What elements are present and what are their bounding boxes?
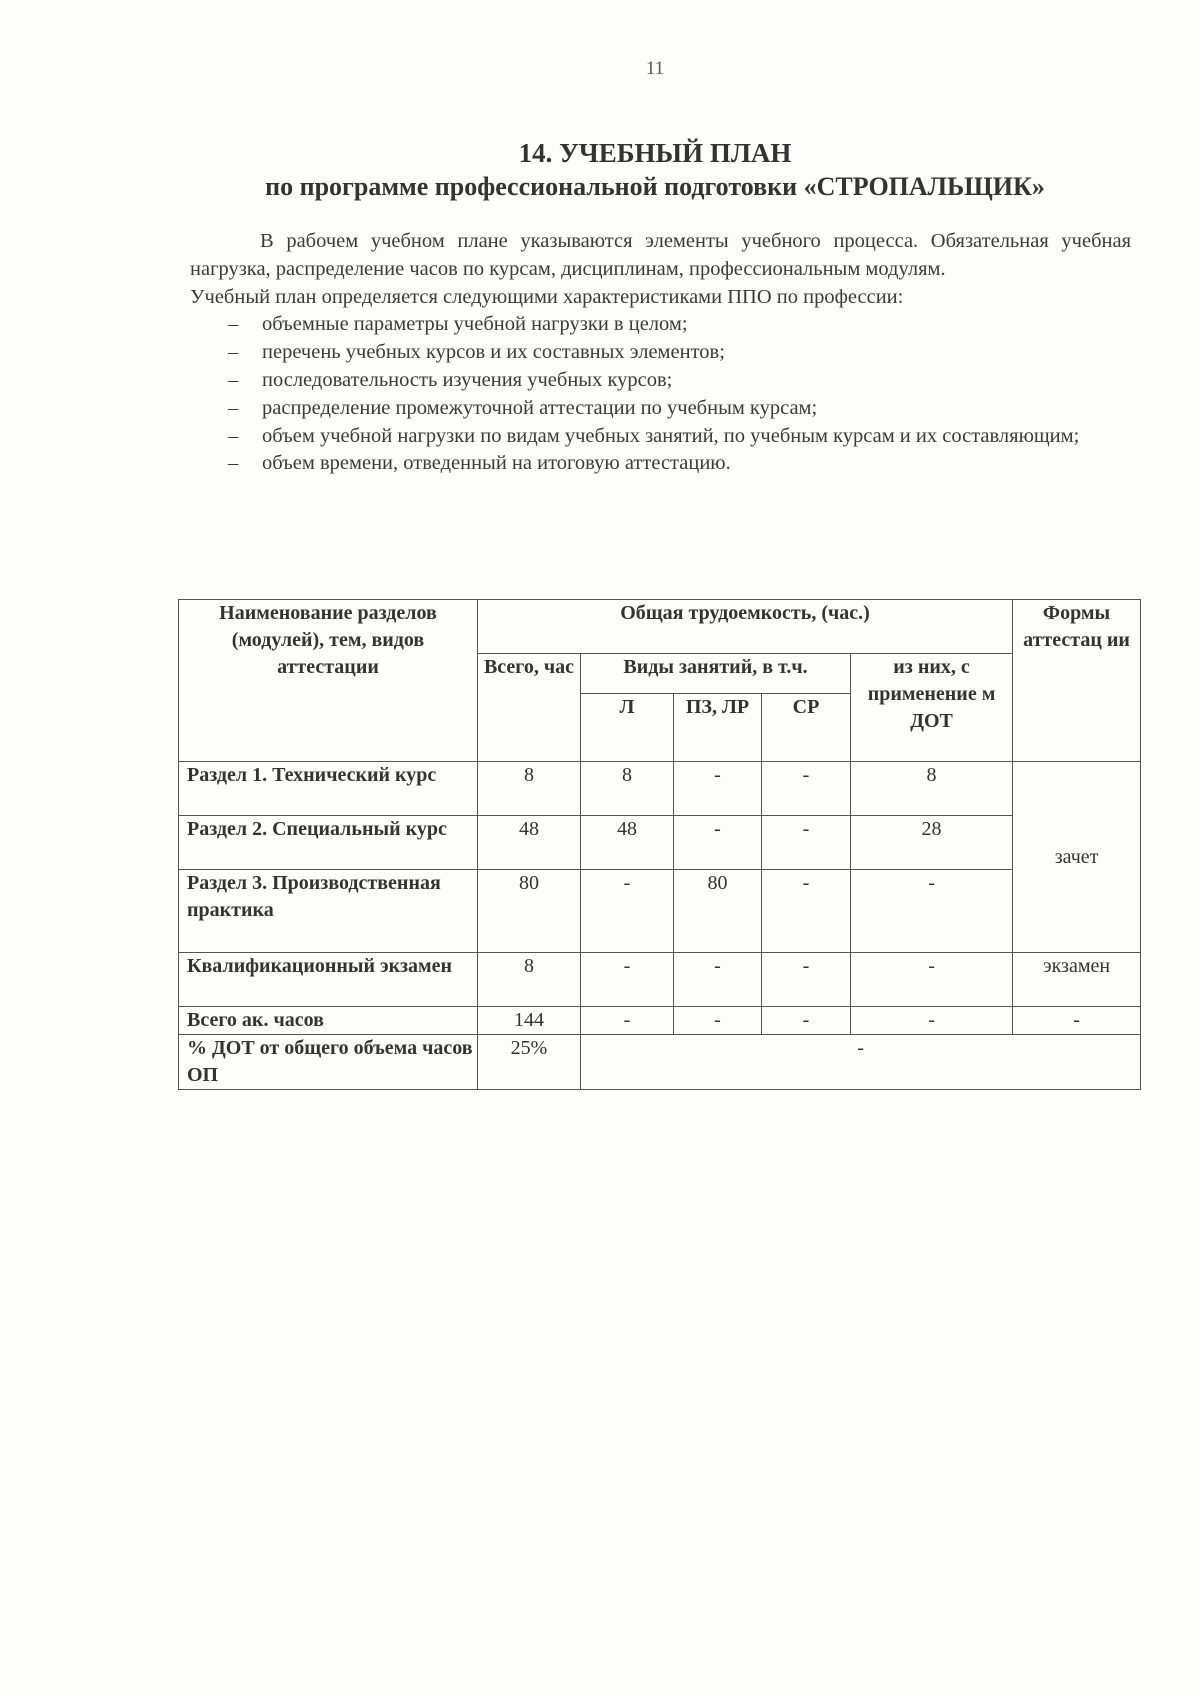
cell-lectures: - — [581, 1007, 674, 1035]
row-name: Всего ак. часов — [179, 1007, 478, 1035]
cell-practice: - — [674, 762, 762, 816]
cell-lectures: - — [581, 870, 674, 953]
curriculum-table: Наименование разделов (модулей), тем, ви… — [178, 599, 1141, 1090]
cell-practice: - — [674, 1007, 762, 1035]
cell-dot: 8 — [851, 762, 1013, 816]
list-item: –перечень учебных курсов и их составных … — [190, 339, 1131, 367]
cell-total: 8 — [478, 953, 581, 1007]
cell-dot: 28 — [851, 816, 1013, 870]
row-name: Раздел 1. Технический курс — [179, 762, 478, 816]
dash-bullet-icon: – — [228, 395, 238, 423]
dash-bullet-icon: – — [228, 311, 238, 339]
row-name: Раздел 2. Специальный курс — [179, 816, 478, 870]
cell-self-work: - — [762, 762, 851, 816]
cell-merged-rest: - — [581, 1035, 1141, 1090]
table-row: % ДОТ от общего объема часов ОП 25% - — [179, 1035, 1141, 1090]
row-name: % ДОТ от общего объема часов ОП — [179, 1035, 478, 1090]
cell-lectures: 48 — [581, 816, 674, 870]
cell-total: 48 — [478, 816, 581, 870]
list-item: –объем времени, отведенный на итоговую а… — [190, 450, 1131, 478]
cell-total: 8 — [478, 762, 581, 816]
table-row: Раздел 1. Технический курс 8 8 - - 8 зач… — [179, 762, 1141, 816]
list-item: –объем учебной нагрузки по видам учебных… — [190, 423, 1131, 451]
cell-dot: - — [851, 870, 1013, 953]
cell-self-work: - — [762, 953, 851, 1007]
cell-form: экзамен — [1013, 953, 1141, 1007]
table-row: Всего ак. часов 144 - - - - - — [179, 1007, 1141, 1035]
cell-practice: - — [674, 953, 762, 1007]
intro-paragraph: В рабочем учебном плане указываются элем… — [190, 228, 1131, 284]
table-row: Раздел 2. Специальный курс 48 48 - - 28 — [179, 816, 1141, 870]
header-total-hours: Всего, час — [478, 654, 581, 762]
header-dot: из них, с применение м ДОТ — [851, 654, 1013, 762]
header-activity-types: Виды занятий, в т.ч. — [581, 654, 851, 694]
cell-total: 80 — [478, 870, 581, 953]
header-total-workload: Общая трудоемкость, (час.) — [478, 600, 1013, 654]
cell-practice: - — [674, 816, 762, 870]
row-name: Квалификационный экзамен — [179, 953, 478, 1007]
dash-bullet-icon: – — [228, 423, 238, 451]
cell-dot: - — [851, 1007, 1013, 1035]
page-title: 14. УЧЕБНЫЙ ПЛАН — [0, 137, 1200, 170]
cell-total: 144 — [478, 1007, 581, 1035]
table-row: Раздел 3. Производственная практика 80 -… — [179, 870, 1141, 953]
dash-bullet-icon: – — [228, 367, 238, 395]
cell-self-work: - — [762, 870, 851, 953]
cell-lectures: - — [581, 953, 674, 1007]
dash-bullet-icon: – — [228, 450, 238, 478]
cell-form-credit: зачет — [1013, 762, 1141, 953]
cell-practice: 80 — [674, 870, 762, 953]
cell-self-work: - — [762, 816, 851, 870]
characteristics-list: –объемные параметры учебной нагрузки в ц… — [190, 311, 1131, 478]
header-practice: ПЗ, ЛР — [674, 694, 762, 762]
list-item: –объемные параметры учебной нагрузки в ц… — [190, 311, 1131, 339]
list-item: –распределение промежуточной аттестации … — [190, 395, 1131, 423]
cell-self-work: - — [762, 1007, 851, 1035]
table-header-row: Наименование разделов (модулей), тем, ви… — [179, 600, 1141, 654]
cell-dot: - — [851, 953, 1013, 1007]
dash-bullet-icon: – — [228, 339, 238, 367]
cell-form: - — [1013, 1007, 1141, 1035]
list-item: –последовательность изучения учебных кур… — [190, 367, 1131, 395]
header-name: Наименование разделов (модулей), тем, ви… — [179, 600, 478, 762]
cell-lectures: 8 — [581, 762, 674, 816]
header-attestation-forms: Формы аттестац ии — [1013, 600, 1141, 762]
intro-lead: Учебный план определяется следующими хар… — [190, 284, 1131, 312]
header-lectures: Л — [581, 694, 674, 762]
header-self-work: СР — [762, 694, 851, 762]
page-subtitle: по программе профессиональной подготовки… — [0, 170, 1200, 203]
page-number: 11 — [0, 58, 1200, 80]
intro-text: В рабочем учебном плане указываются элем… — [190, 228, 1131, 478]
table-row: Квалификационный экзамен 8 - - - - экзам… — [179, 953, 1141, 1007]
row-name: Раздел 3. Производственная практика — [179, 870, 478, 953]
cell-dot-percent: 25% — [478, 1035, 581, 1090]
